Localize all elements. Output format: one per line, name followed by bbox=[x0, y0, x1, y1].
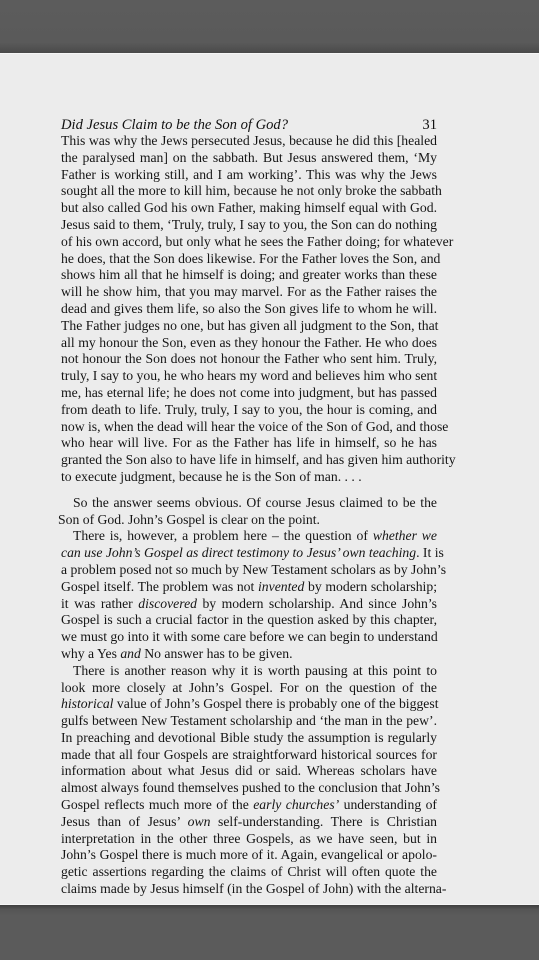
quote-line: dead and gives them life, so also the So… bbox=[61, 301, 437, 318]
text-line: it was rather discovered by modern schol… bbox=[61, 596, 437, 613]
paragraph-2: There is, however, a problem here – the … bbox=[61, 528, 437, 662]
quote-line: truly, I say to you, he who hears my wor… bbox=[61, 368, 437, 385]
quote-line: shows him all that he himself is doing; … bbox=[61, 267, 437, 284]
text-line: There is, however, a problem here – the … bbox=[61, 528, 437, 545]
text-line: Gospel itself. The problem was not inven… bbox=[61, 579, 437, 596]
quote-line: who hear will live. For as the Father ha… bbox=[61, 435, 437, 452]
quote-line: Father is working still, and I am workin… bbox=[61, 167, 437, 184]
quote-line: from death to life. Truly, truly, I say … bbox=[61, 402, 437, 419]
quote-line: now is, when the dead will hear the voic… bbox=[61, 419, 437, 436]
quote-line: the paralysed man] on the sabbath. But J… bbox=[61, 150, 437, 167]
quote-line: me, has eternal life; he does not come i… bbox=[61, 385, 437, 402]
quote-line: sought all the more to kill him, because… bbox=[61, 183, 437, 200]
running-title: Did Jesus Claim to be the Son of God? bbox=[61, 117, 288, 133]
quote-line: but also called God his own Father, maki… bbox=[61, 200, 437, 217]
paragraph-gap bbox=[61, 486, 437, 495]
viewer-bottom-bar bbox=[0, 905, 539, 960]
quote-line: to execute judgment, because he is the S… bbox=[61, 469, 437, 486]
text-line: So the answer seems obvious. Of course J… bbox=[61, 495, 437, 512]
quote-line: all my honour the Son, even as they hono… bbox=[61, 335, 437, 352]
text-line: In preaching and devotional Bible study … bbox=[61, 730, 437, 747]
text-line: Jesus than of Jesus’ own self-understand… bbox=[61, 814, 437, 831]
text-line: we must go into it with some care before… bbox=[61, 629, 437, 646]
text-line: interpretation in the other three Gospel… bbox=[61, 831, 437, 848]
text-line: Son of God. John’s Gospel is clear on th… bbox=[58, 512, 437, 529]
text-line: Gospel reflects much more of the early c… bbox=[61, 797, 437, 814]
quote-line: not honour the Son does not honour the F… bbox=[61, 351, 437, 368]
text-line: information about what Jesus did or said… bbox=[61, 763, 437, 780]
quote-line: The Father judges no one, but has given … bbox=[61, 318, 437, 335]
viewer-top-bar bbox=[0, 0, 539, 53]
paragraph-3: There is another reason why it is worth … bbox=[61, 663, 437, 898]
text-line: why a Yes and No answer has to be given. bbox=[61, 646, 437, 663]
text-line: can use John’s Gospel as direct testimon… bbox=[61, 545, 437, 562]
text-line: look more closely at John’s Gospel. For … bbox=[61, 680, 437, 697]
text-line: a problem posed not so much by New Testa… bbox=[61, 562, 437, 579]
text-line: John’s Gospel there is much more of it. … bbox=[61, 847, 437, 864]
text-line: There is another reason why it is worth … bbox=[61, 663, 437, 680]
body-text: This was why the Jews persecuted Jesus, … bbox=[61, 133, 437, 898]
quote-line: will he show him, that you may marvel. F… bbox=[61, 284, 437, 301]
text-line: historical value of John’s Gospel there … bbox=[61, 696, 437, 713]
quote-line: he does, that the Son does likewise. For… bbox=[61, 251, 437, 268]
block-quote: This was why the Jews persecuted Jesus, … bbox=[61, 133, 437, 486]
quote-line: granted the Son also to have life in him… bbox=[61, 452, 437, 469]
quote-line: Jesus said to them, ‘Truly, truly, I say… bbox=[61, 217, 437, 234]
page-number: 31 bbox=[422, 117, 437, 134]
paragraph-1: So the answer seems obvious. Of course J… bbox=[61, 495, 437, 529]
text-line: gulfs between New Testament scholarship … bbox=[61, 713, 437, 730]
quote-line: This was why the Jews persecuted Jesus, … bbox=[61, 133, 437, 150]
text-line: getic assertions regarding the claims of… bbox=[61, 864, 437, 881]
quote-line: of his own accord, but only what he sees… bbox=[61, 234, 437, 251]
text-line: Gospel is such a crucial factor in the q… bbox=[61, 612, 437, 629]
text-line: claims made by Jesus himself (in the Gos… bbox=[61, 881, 437, 898]
text-line: almost always found themselves pushed to… bbox=[61, 780, 437, 797]
running-head: Did Jesus Claim to be the Son of God? 31 bbox=[61, 117, 437, 134]
text-line: made that all four Gospels are straightf… bbox=[61, 747, 437, 764]
